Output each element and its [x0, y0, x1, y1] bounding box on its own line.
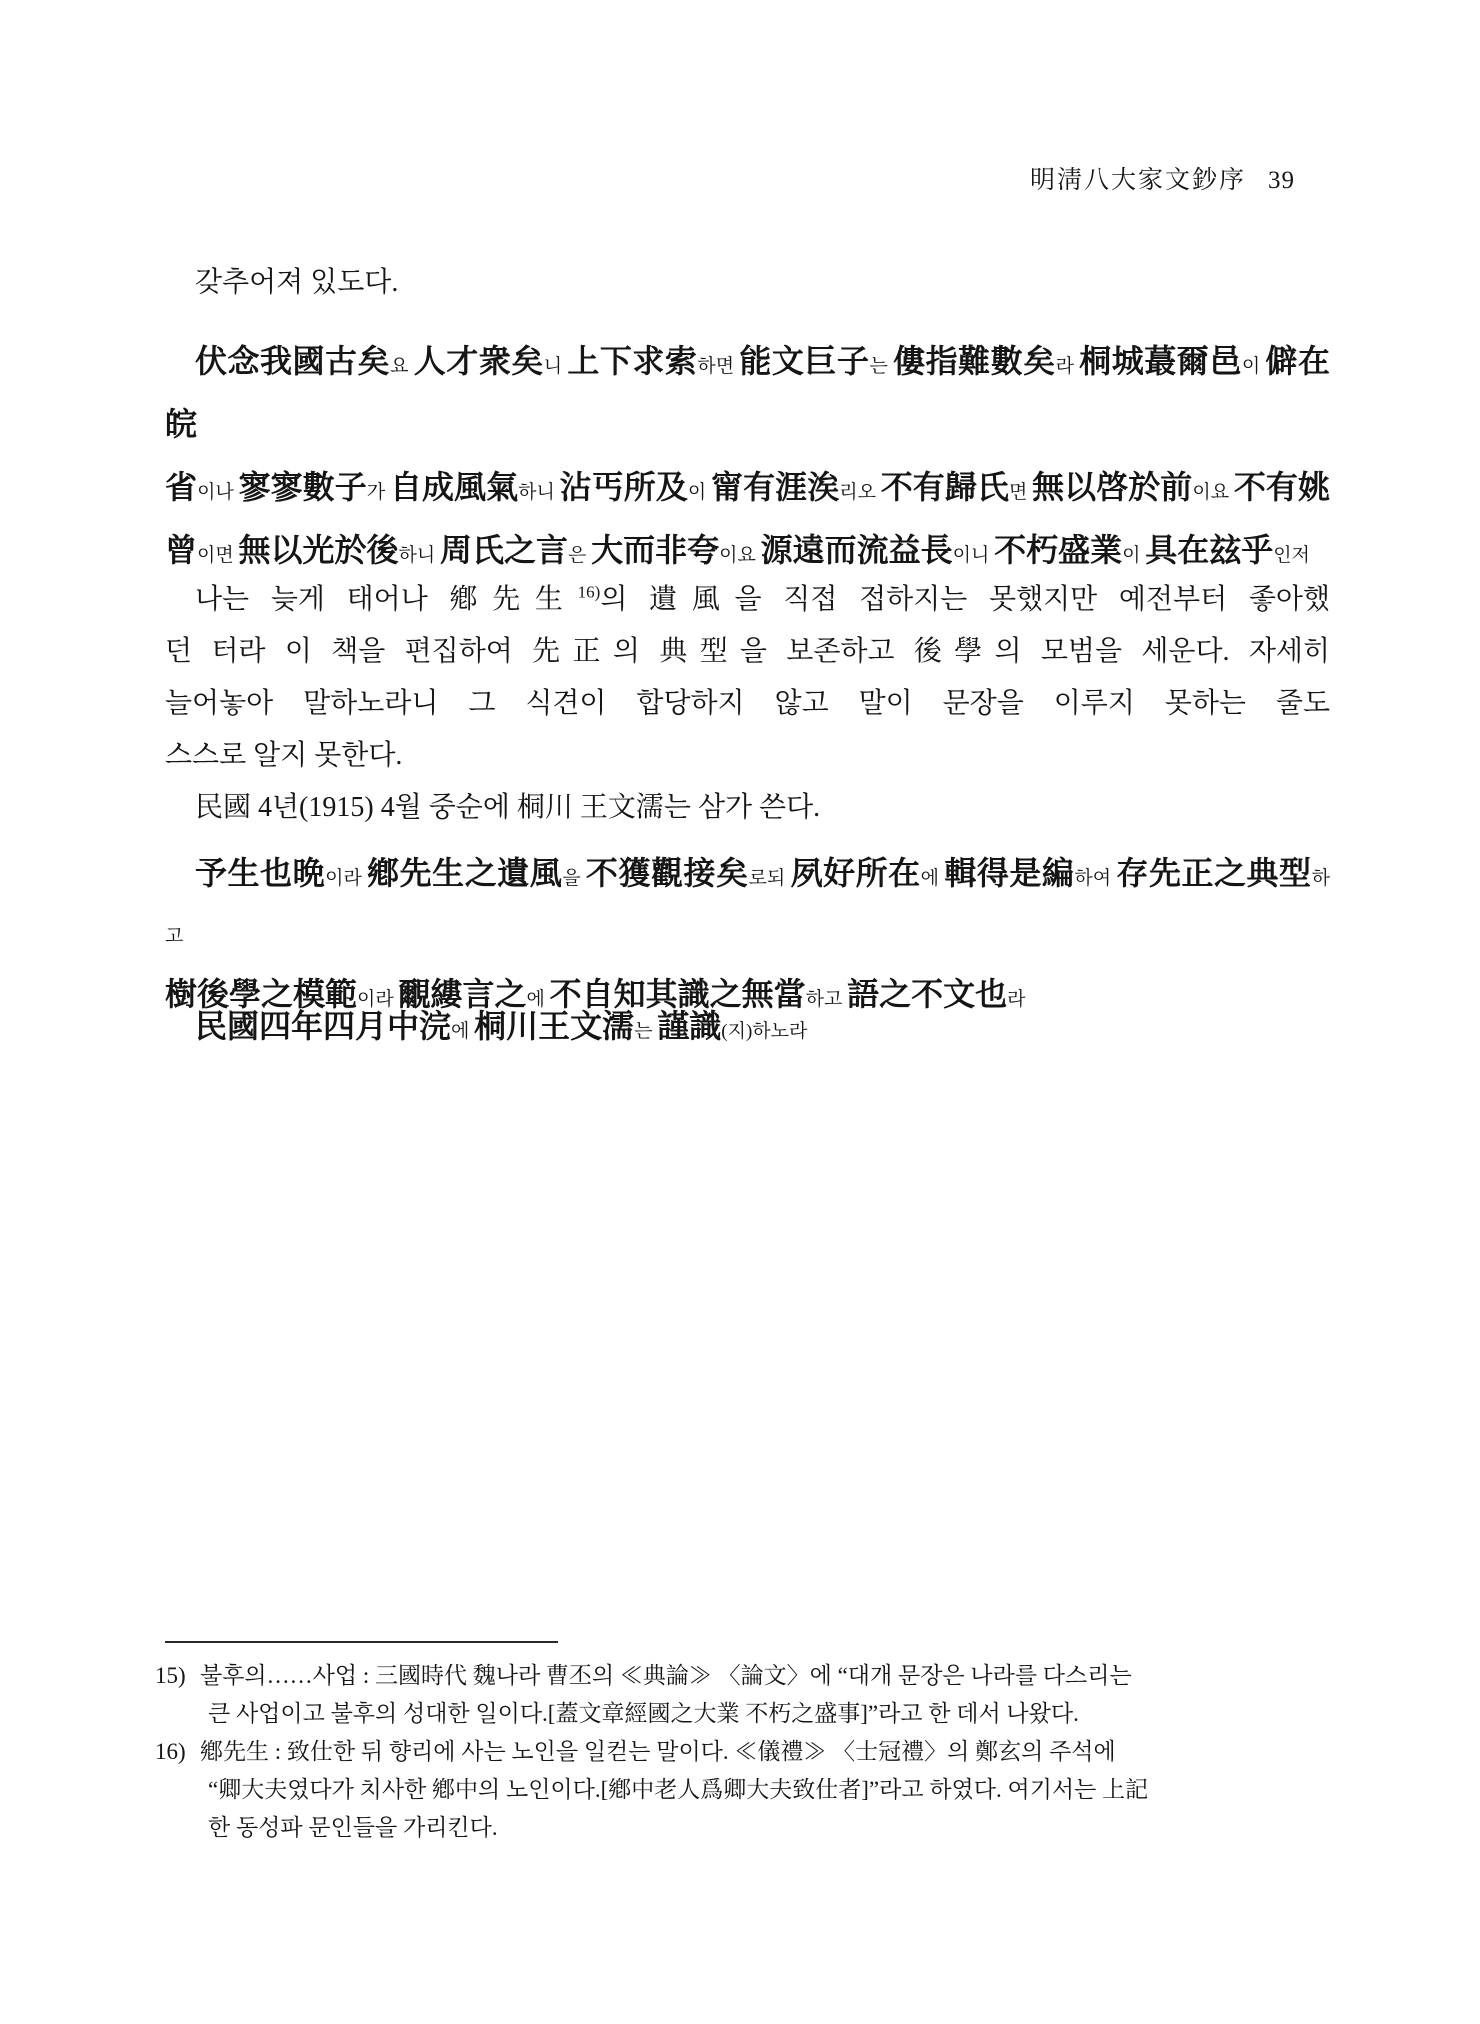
page-header: 明淸八大家文鈔序39	[165, 160, 1295, 196]
footnote-line: 한 동성파 문인들을 가리킨다.	[155, 1809, 1335, 1847]
date-line: 民國 4년(1915) 4월 중순에 桐川 王文濡는 삼가 쓴다.	[165, 782, 1330, 834]
intro-line: 갖추어져 있도다.	[165, 260, 1330, 300]
hanmun-date-block: 民國四年四月中浣에 桐川王文濡는 謹識(지)하노라	[165, 998, 1330, 1061]
footnote-line: 큰 사업이고 불후의 성대한 일이다.[蓋文章經國之大業 不朽之盛事]”라고 한…	[155, 1695, 1335, 1733]
footnote-15: 15)불후의……사업 : 三國時代 魏나라 曹丕의 ≪典論≫ 〈論文〉에 “대개…	[155, 1657, 1335, 1733]
paragraph-line: 던 터라 이 책을 편집하여 先正의 典型을 보존하고 後學의 모범을 세운다.…	[165, 626, 1330, 678]
running-title: 明淸八大家文鈔序	[1030, 167, 1246, 194]
footnote-line: “卿大夫였다가 치사한 鄕中의 노인이다.[鄕中老人爲卿大夫致仕者]”라고 하였…	[155, 1771, 1335, 1809]
footnote-line: 16)鄕先生 : 致仕한 뒤 향리에 사는 노인을 일컫는 말이다. ≪儀禮≫ …	[155, 1733, 1335, 1771]
page-number: 39	[1268, 167, 1295, 194]
footnote-number: 16)	[155, 1733, 200, 1771]
footnote-16: 16)鄕先生 : 致仕한 뒤 향리에 사는 노인을 일컫는 말이다. ≪儀禮≫ …	[155, 1733, 1335, 1847]
footnote-text: 鄕先生 : 致仕한 뒤 향리에 사는 노인을 일컫는 말이다. ≪儀禮≫ 〈士冠…	[200, 1739, 1116, 1764]
paragraph-line: 늘어놓아 말하노라니 그 식견이 합당하지 않고 말이 문장을 이루지 못하는 …	[165, 678, 1330, 730]
hanmun-date-line: 民國四年四月中浣에 桐川王文濡는 謹識(지)하노라	[165, 998, 1330, 1061]
paragraph-line: 스스로 알지 못한다.	[165, 730, 1330, 782]
hanmun-line: 省이나 寥寥數子가 自成風氣하니 沾丐所及이 甯有涯涘리오 不有歸氏면 無以啓於…	[165, 459, 1330, 522]
footnote-number: 15)	[155, 1657, 200, 1695]
footnotes: 15)불후의……사업 : 三國時代 魏나라 曹丕의 ≪典論≫ 〈論文〉에 “대개…	[155, 1657, 1335, 1847]
hanmun-line: 伏念我國古矣요 人才衆矣니 上下求索하면 能文巨子는 僂指難數矣라 桐城蕞爾邑이…	[165, 333, 1330, 459]
hanmun-line: 予生也晩이라 鄕先生之遺風을 不獲觀接矣로되 夙好所在에 輯得是編하여 存先正之…	[165, 845, 1330, 966]
hanmun-block-1: 伏念我國古矣요 人才衆矣니 上下求索하면 能文巨子는 僂指難數矣라 桐城蕞爾邑이…	[165, 333, 1330, 585]
book-page: 明淸八大家文鈔序39 갖추어져 있도다. 伏念我國古矣요 人才衆矣니 上下求索하…	[0, 0, 1480, 2024]
footnote-line: 15)불후의……사업 : 三國時代 魏나라 曹丕의 ≪典論≫ 〈論文〉에 “대개…	[155, 1657, 1335, 1695]
paragraph-line: 나는 늦게 태어나 鄕先生16)의 遺風을 직접 접하지는 못했지만 예전부터 …	[165, 574, 1330, 626]
korean-paragraph: 나는 늦게 태어나 鄕先生16)의 遺風을 직접 접하지는 못했지만 예전부터 …	[165, 574, 1330, 834]
footnote-separator	[165, 1641, 558, 1643]
footnote-text: 불후의……사업 : 三國時代 魏나라 曹丕의 ≪典論≫ 〈論文〉에 “대개 문장…	[200, 1663, 1132, 1688]
